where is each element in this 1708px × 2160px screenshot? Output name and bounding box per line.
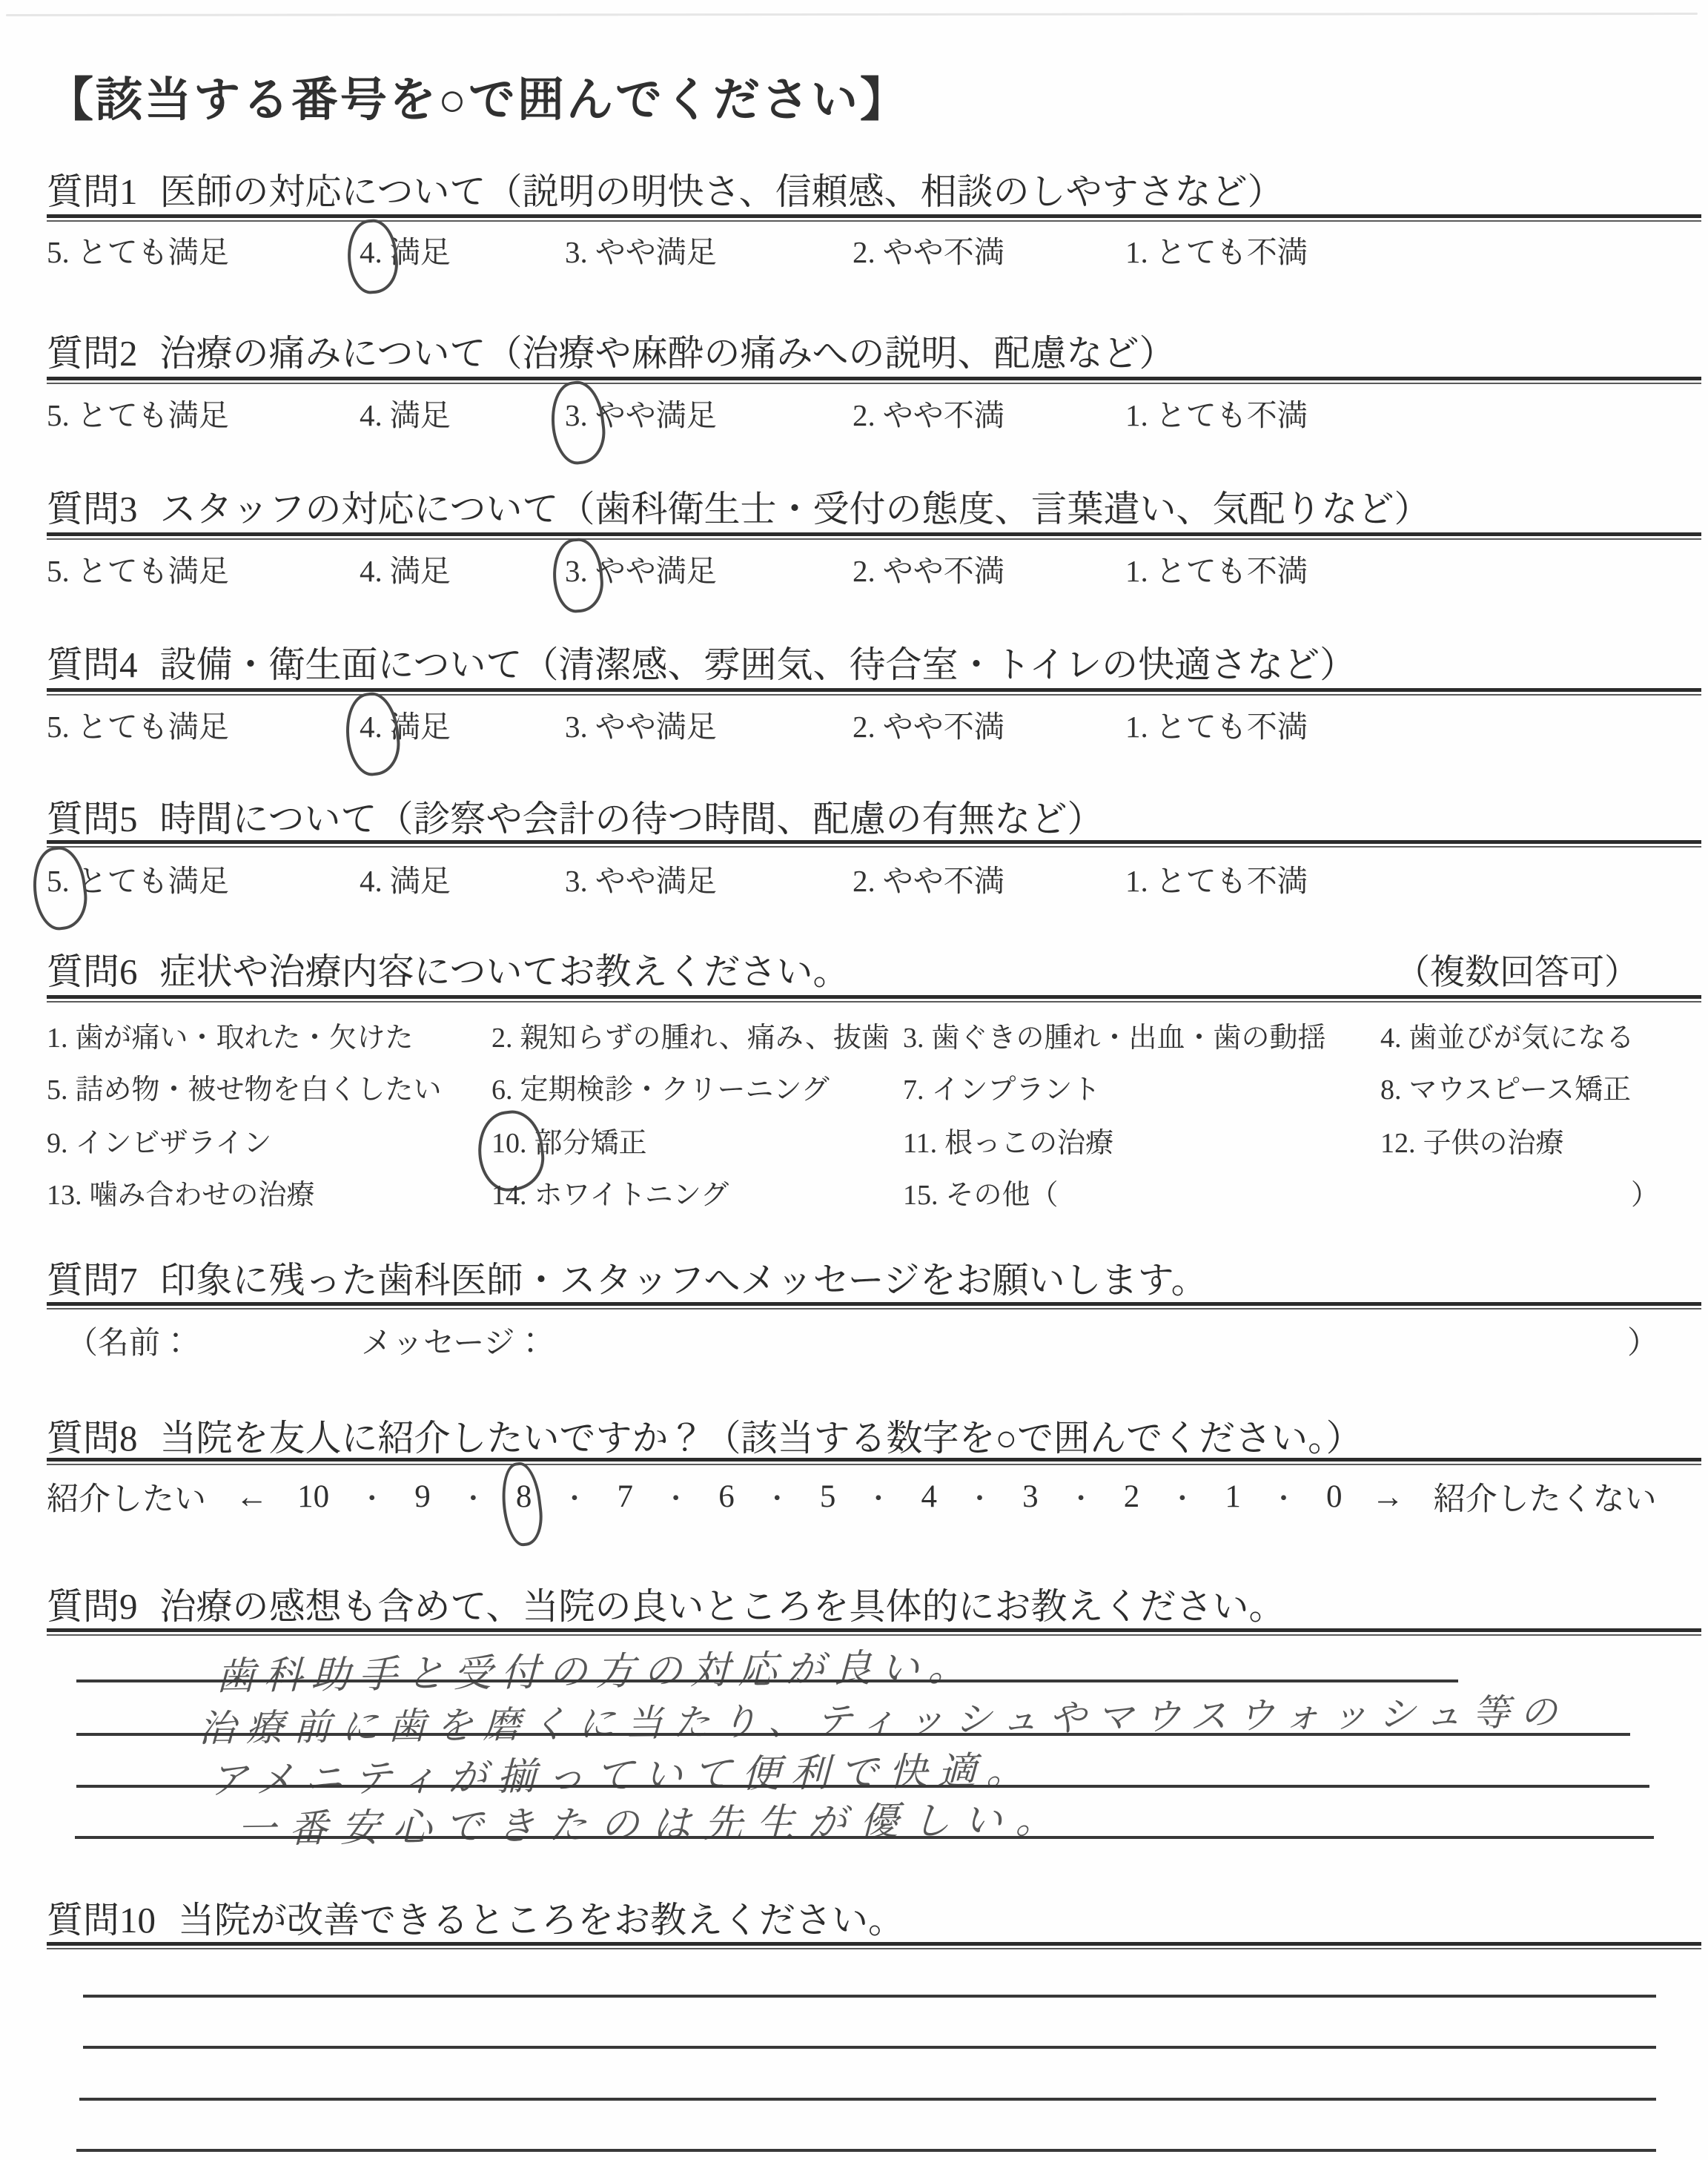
right-arrow-icon: → — [1371, 1478, 1404, 1516]
q6-option-2: 2.親知らずの腫れ、痛み、抜歯 — [491, 1014, 890, 1055]
q5-option-4: 4.満足 — [360, 856, 451, 900]
question-9-label: 質問9 — [47, 1586, 138, 1627]
q5-option-3: 3.やや満足 — [565, 856, 717, 900]
q2-option-5: 5.とても満足 — [47, 391, 229, 435]
question-4-title: 設備・衛生面について（清潔感、雰囲気、待合室・トイレの快適さなど） — [160, 644, 1357, 685]
divider-rule — [47, 532, 1701, 540]
q7-message-label: メッセージ： — [361, 1318, 546, 1363]
q8-scale-5: 5 — [820, 1479, 836, 1515]
q8-scale-10: 10 — [297, 1479, 329, 1515]
q4-option-3: 3.やや満足 — [565, 702, 717, 746]
question-5-title: 時間について（診察や会計の待つ時間、配慮の有無など） — [160, 799, 1104, 839]
divider-rule — [47, 840, 1701, 848]
dot-separator: ・ — [561, 1478, 588, 1516]
q3-option-2: 2.やや不満 — [853, 546, 1004, 590]
q2-option-2: 2.やや不満 — [853, 391, 1004, 435]
q8-scale-6: 6 — [718, 1479, 735, 1515]
answer-line — [83, 2046, 1656, 2049]
question-8-label: 質問8 — [47, 1418, 138, 1459]
q2-option-1: 1.とても不満 — [1125, 391, 1308, 435]
q6-option-6: 6.定期検診・クリーニング — [491, 1066, 830, 1107]
q8-scale-1: 1 — [1225, 1479, 1241, 1515]
q6-option-13: 13.噛み合わせの治療 — [47, 1172, 315, 1212]
q6-option-15: 15.その他（ — [903, 1172, 1059, 1212]
divider-rule — [47, 1302, 1701, 1309]
q3-option-5: 5.とても満足 — [47, 546, 229, 590]
q6-option-14: 14.ホワイトニング — [491, 1172, 729, 1212]
dot-separator: ・ — [967, 1478, 993, 1516]
dot-separator: ・ — [1270, 1478, 1297, 1516]
pen-circle: 3. — [565, 397, 595, 433]
question-9-title: 治療の感想も含めて、当院の良いところを具体的にお教えください。 — [160, 1586, 1285, 1627]
q7-name-label: （名前： — [67, 1318, 191, 1363]
q7-close-paren: ） — [1627, 1318, 1658, 1363]
answer-line — [76, 1733, 1630, 1736]
q8-scale-7: 7 — [618, 1479, 634, 1515]
divider-rule — [47, 1458, 1701, 1465]
question-8-title: 当院を友人に紹介したいですか？（該当する数字を○で囲んでください。） — [160, 1418, 1363, 1459]
question-8-scale-row: 紹介したい ← 10 ・ 9 ・ 8 ・ 7 ・ 6 ・ 5 ・ 4 ・ 3 ・… — [47, 1474, 1657, 1519]
q6-other-close-paren: ） — [1631, 1172, 1659, 1212]
q8-right-label: 紹介したくない — [1434, 1474, 1657, 1519]
q6-option-1: 1.歯が痛い・取れた・欠けた — [47, 1014, 414, 1055]
question-6-note: （複数回答可） — [1395, 945, 1639, 994]
q2-option-3-selected: 3.やや満足 — [565, 391, 717, 435]
q6-option-4: 4.歯並びが気になる — [1380, 1014, 1635, 1055]
q8-scale-3: 3 — [1022, 1479, 1039, 1515]
q6-option-12: 12.子供の治療 — [1380, 1120, 1564, 1160]
dot-separator: ・ — [865, 1478, 892, 1516]
q1-option-2: 2.やや不満 — [853, 228, 1004, 271]
divider-rule — [47, 688, 1701, 696]
q6-option-9: 9.インビザライン — [47, 1120, 271, 1160]
question-4-label: 質問4 — [47, 644, 138, 685]
dot-separator: ・ — [1067, 1478, 1094, 1516]
question-2-label: 質問2 — [47, 333, 138, 374]
q5-option-2: 2.やや不満 — [853, 856, 1004, 900]
q4-option-2: 2.やや不満 — [853, 702, 1004, 746]
question-3-title: スタッフの対応について（歯科衛生士・受付の態度、言葉遣い、気配りなど） — [160, 489, 1431, 529]
q1-option-1: 1.とても不満 — [1125, 228, 1308, 271]
q4-option-5: 5.とても満足 — [47, 702, 229, 746]
question-2-options: 5.とても満足 4.満足 3.やや満足 2.やや不満 1.とても不満 — [0, 391, 1708, 443]
q1-option-5: 5.とても満足 — [47, 228, 229, 271]
q8-scale-0: 0 — [1326, 1479, 1343, 1515]
pen-circle: 4. — [360, 234, 390, 270]
q8-scale-8-selected: 8 — [516, 1479, 532, 1515]
document-title: 【該当する番号を○で囲んでください】 — [47, 62, 909, 130]
q6-option-10-selected: 10.部分矯正 — [491, 1120, 647, 1160]
q5-option-5-selected: 5.とても満足 — [47, 856, 229, 900]
divider-rule — [47, 377, 1701, 384]
answer-line — [76, 1680, 1458, 1682]
q3-option-1: 1.とても不満 — [1125, 546, 1308, 590]
question-10-title: 当院が改善できるところをお教えください。 — [178, 1900, 904, 1941]
q8-left-label: 紹介したい — [47, 1474, 206, 1519]
q2-option-4: 4.満足 — [360, 391, 451, 435]
pen-circle: 8 — [516, 1479, 532, 1515]
pen-circle: 10. — [491, 1127, 534, 1160]
question-2-heading: 質問2治療の痛みについて（治療や麻酔の痛みへの説明、配慮など） — [47, 325, 1176, 377]
q5-option-1: 1.とても不満 — [1125, 856, 1308, 900]
q8-scale-9: 9 — [414, 1479, 431, 1515]
q6-option-3: 3.歯ぐきの腫れ・出血・歯の動揺 — [903, 1014, 1326, 1055]
q3-option-4: 4.満足 — [360, 546, 451, 590]
q6-option-8: 8.マウスピース矯正 — [1380, 1066, 1631, 1107]
answer-line — [76, 2149, 1656, 2152]
question-8-heading: 質問8当院を友人に紹介したいですか？（該当する数字を○で囲んでください。） — [47, 1410, 1363, 1462]
divider-rule — [47, 1942, 1701, 1949]
q6-option-7: 7.インプラント — [903, 1066, 1101, 1107]
pen-circle: 5. — [47, 863, 77, 899]
dot-separator: ・ — [460, 1478, 486, 1516]
q3-option-3-selected: 3.やや満足 — [565, 546, 717, 590]
divider-rule — [47, 1628, 1701, 1636]
question-1-title: 医師の対応について（説明の明快さ、信頼感、相談のしやすさなど） — [160, 171, 1284, 212]
q4-option-1: 1.とても不満 — [1125, 702, 1308, 746]
q1-option-4-selected: 4.満足 — [360, 228, 451, 271]
dot-separator: ・ — [663, 1478, 689, 1516]
q8-scale-4: 4 — [921, 1479, 937, 1515]
handwritten-answer-line-4: 一番安心できたのは先生が優しい。 — [236, 1788, 1068, 1854]
q6-option-5: 5.詰め物・被せ物を白くしたい — [47, 1066, 442, 1107]
q1-option-3: 3.やや満足 — [565, 228, 717, 271]
answer-line — [76, 1785, 1649, 1788]
question-6-heading: 質問6症状や治療内容についてお教えください。 — [47, 943, 850, 995]
question-5-heading: 質問5時間について（診察や会計の待つ時間、配慮の有無など） — [47, 790, 1104, 842]
question-10-label: 質問10 — [47, 1900, 156, 1941]
dot-separator: ・ — [359, 1478, 385, 1516]
question-6-title: 症状や治療内容についてお教えください。 — [160, 951, 850, 992]
question-5-options: 5.とても満足 4.満足 3.やや満足 2.やや不満 1.とても不満 — [0, 856, 1708, 908]
q4-option-4-selected: 4.満足 — [360, 702, 451, 746]
divider-rule — [47, 995, 1701, 1003]
scan-artifact-line — [6, 13, 1698, 16]
question-7-heading: 質問7印象に残った歯科医師・スタッフへメッセージをお願いします。 — [47, 1252, 1208, 1304]
pen-circle: 3. — [565, 553, 595, 589]
question-2-title: 治療の痛みについて（治療や麻酔の痛みへの説明、配慮など） — [160, 333, 1176, 374]
question-7-label: 質問7 — [47, 1260, 138, 1301]
left-arrow-icon: ← — [236, 1478, 268, 1516]
divider-rule — [47, 214, 1701, 222]
question-7-title: 印象に残った歯科医師・スタッフへメッセージをお願いします。 — [160, 1260, 1208, 1301]
survey-scan-page: 【該当する番号を○で囲んでください】 質問1医師の対応について（説明の明快さ、信… — [0, 0, 1708, 2160]
dot-separator: ・ — [764, 1478, 790, 1516]
question-3-options: 5.とても満足 4.満足 3.やや満足 2.やや不満 1.とても不満 — [0, 546, 1708, 598]
question-3-heading: 質問3スタッフの対応について（歯科衛生士・受付の態度、言葉遣い、気配りなど） — [47, 480, 1431, 532]
answer-line — [75, 1836, 1654, 1839]
pen-circle: 4. — [360, 709, 390, 744]
q6-option-11: 11.根っこの治療 — [903, 1120, 1113, 1160]
question-10-heading: 質問10当院が改善できるところをお教えください。 — [47, 1892, 904, 1943]
q8-scale-2: 2 — [1124, 1479, 1140, 1515]
dot-separator: ・ — [1169, 1478, 1196, 1516]
question-1-options: 5.とても満足 4.満足 3.やや満足 2.やや不満 1.とても不満 — [0, 228, 1708, 280]
question-4-heading: 質問4設備・衛生面について（清潔感、雰囲気、待合室・トイレの快適さなど） — [47, 636, 1356, 688]
answer-line — [79, 2098, 1656, 2101]
answer-line — [83, 1995, 1656, 1998]
question-6-label: 質問6 — [47, 951, 138, 992]
question-1-heading: 質問1医師の対応について（説明の明快さ、信頼感、相談のしやすさなど） — [47, 163, 1284, 215]
question-9-heading: 質問9治療の感想も含めて、当院の良いところを具体的にお教えください。 — [47, 1578, 1285, 1630]
question-3-label: 質問3 — [47, 489, 138, 529]
question-1-label: 質問1 — [47, 171, 138, 212]
question-4-options: 5.とても満足 4.満足 3.やや満足 2.やや不満 1.とても不満 — [0, 702, 1708, 754]
question-5-label: 質問5 — [47, 799, 138, 839]
